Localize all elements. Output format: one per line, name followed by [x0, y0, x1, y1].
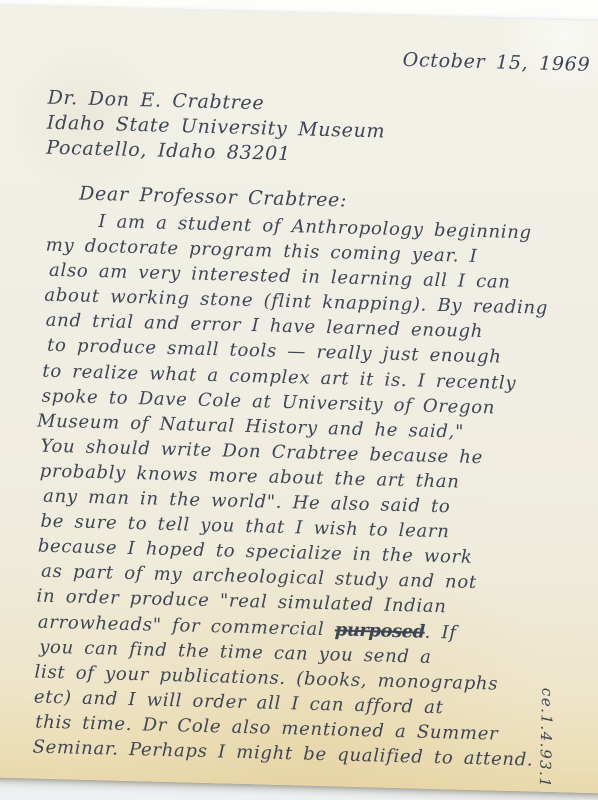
- letter-body: I am a student of Anthropology beginning…: [32, 208, 550, 773]
- scanned-letter: October 15, 1969 Dr. Don E. Crabtree Ida…: [0, 0, 598, 800]
- line-post-text: . If: [424, 621, 457, 643]
- letter-date: October 15, 1969: [402, 49, 590, 76]
- recipient-address-block: Dr. Don E. Crabtree Idaho State Universi…: [46, 86, 386, 170]
- letter-paper-sheet: October 15, 1969 Dr. Don E. Crabtree Ida…: [0, 5, 598, 794]
- corrected-word: purposed: [335, 619, 425, 642]
- salutation: Dear Professor Crabtree:: [79, 183, 348, 212]
- archive-catalog-number: ce.1.4.93.1: [536, 688, 557, 789]
